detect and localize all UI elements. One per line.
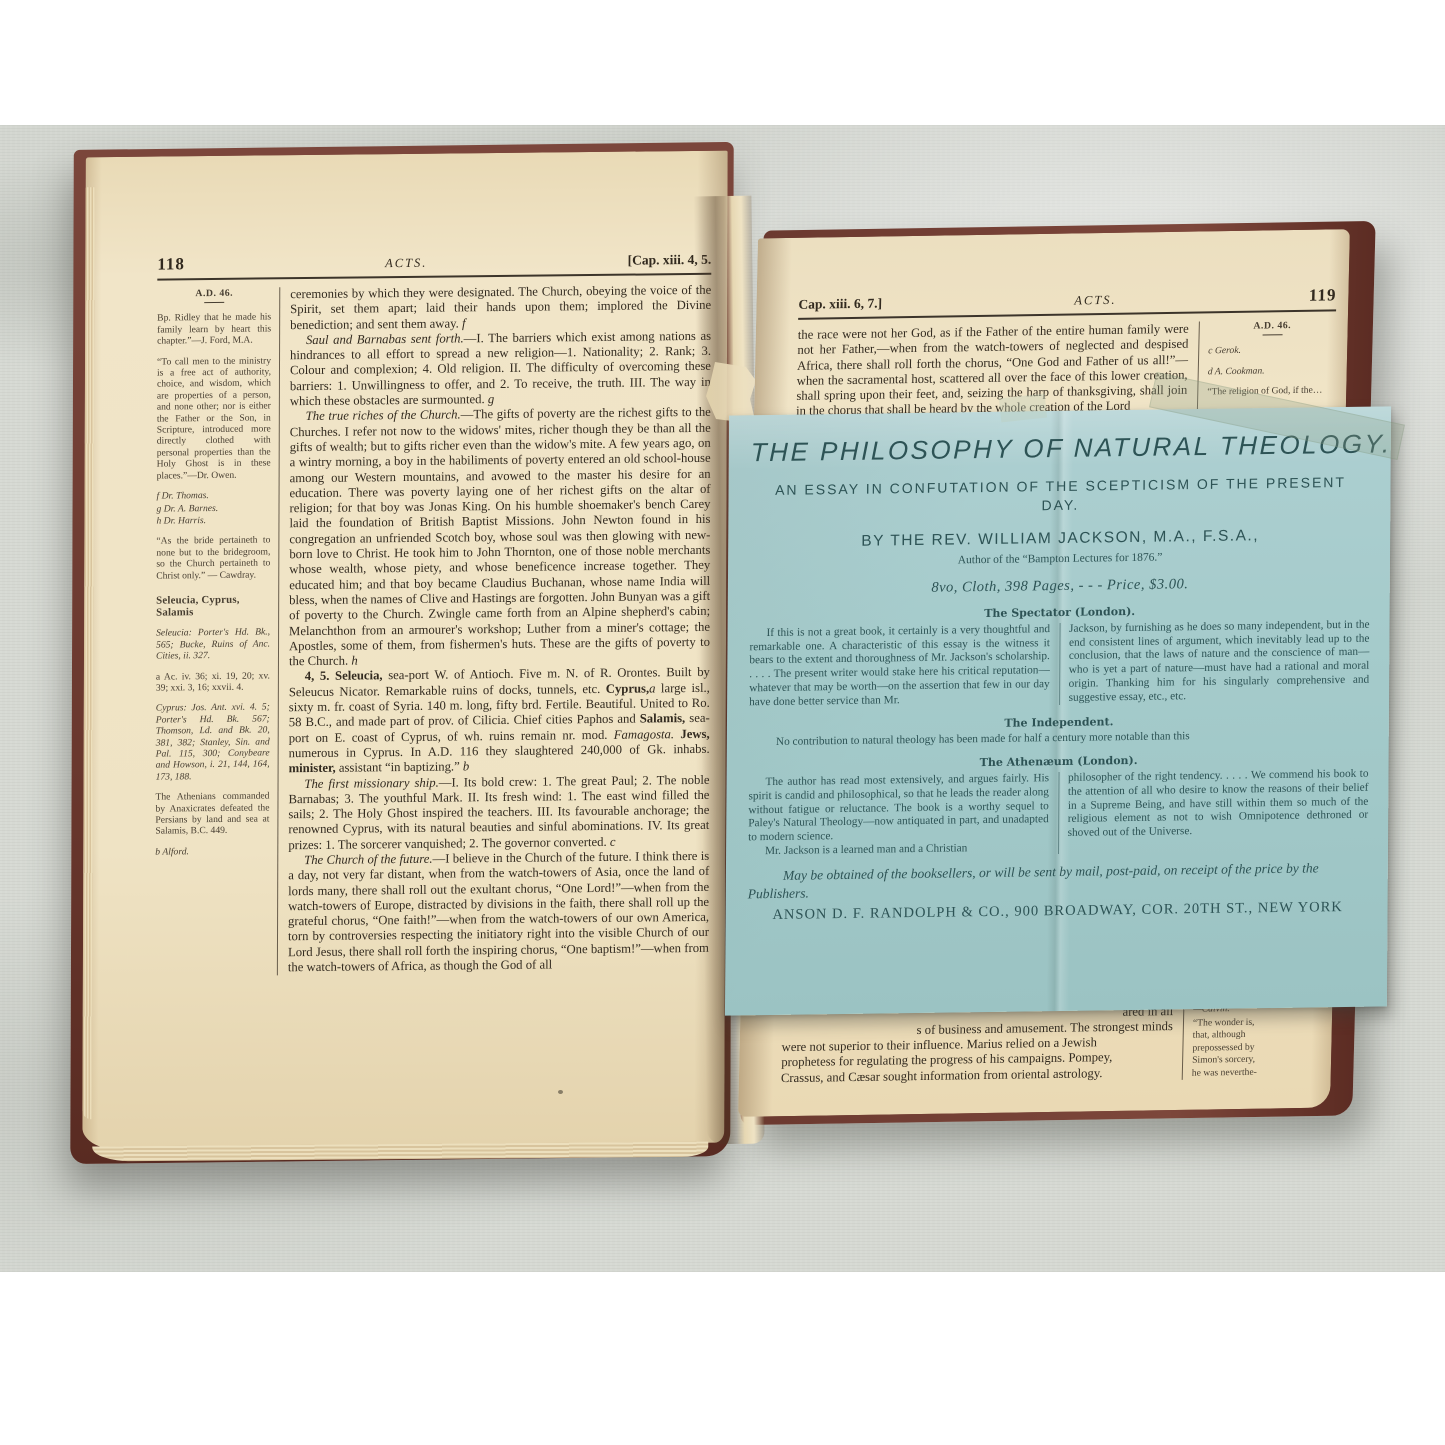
review-text: The author has read most extensively, an…: [748, 772, 1049, 858]
margin-note: “As the bride pertaineth to none but to …: [156, 535, 270, 582]
advertisement-card: THE PHILOSOPHY OF NATURAL THEOLOGY. AN E…: [725, 406, 1391, 1015]
body-paragraph: 4, 5. Seleucia, sea-port W. of Antioch. …: [289, 665, 710, 776]
margin-note: Bp. Ridley that he made his family learn…: [157, 312, 271, 347]
left-page: 118 ACTS. [Cap. xiii. 4, 5. A.D. 46. Bp.…: [82, 151, 727, 1150]
card-mail-order-line: May be obtained of the booksellers, or w…: [748, 859, 1368, 903]
margin-note: “To call men to the ministry is a free a…: [157, 355, 271, 482]
card-byline: BY THE REV. WILLIAM JACKSON, M.A., F.S.A…: [750, 526, 1370, 553]
body-paragraph: The true riches of the Church.—The gifts…: [289, 405, 711, 669]
margin-note: he was neverthe-: [1192, 1065, 1319, 1078]
book-photograph: 118 ACTS. [Cap. xiii. 4, 5. A.D. 46. Bp.…: [0, 0, 1445, 1445]
margin-date: A.D. 46.: [157, 287, 271, 300]
body-paragraph: ceremonies by which they were designated…: [290, 283, 711, 333]
margin-separator: [1262, 335, 1282, 336]
margin-note: Cyprus: Jos. Ant. xvi. 4. 5; Porter's Hd…: [156, 702, 270, 783]
review-columns: If this is not a great book, it certainl…: [749, 619, 1370, 710]
margin-note: f Dr. Thomas.: [157, 489, 271, 502]
review-text: Jackson, by furnishing as he does so man…: [1059, 619, 1370, 706]
page-number-right: 119: [1309, 285, 1337, 305]
card-publisher-line: ANSON D. F. RANDOLPH & CO., 900 BROADWAY…: [748, 899, 1368, 925]
review-text: If this is not a great book, it certainl…: [749, 623, 1050, 709]
body-paragraph: The Church of the future.—I believe in t…: [288, 849, 709, 976]
left-page-header: 118 ACTS. [Cap. xiii. 4, 5.: [157, 249, 711, 275]
card-format-price: 8vo, Cloth, 398 Pages, - - - Price, $3.0…: [750, 574, 1370, 600]
review-text: philosopher of the right tendency. . . .…: [1057, 768, 1368, 855]
tape-strip-small: [999, 394, 1047, 423]
body-paragraph: The first missionary ship.—I. Its bold c…: [288, 772, 709, 853]
page-number-left: 118: [157, 254, 185, 274]
margin-heading: Seleucia, Cyprus, Salamis: [156, 593, 270, 619]
right-margin-bottom: —Calvin. “The wonder is, that, although …: [1183, 1001, 1321, 1080]
margin-note: g Dr. A. Barnes.: [156, 502, 270, 515]
margin-note: h Dr. Harris.: [156, 514, 270, 527]
running-title-right: ACTS.: [882, 290, 1309, 312]
running-title-left: ACTS.: [185, 254, 628, 274]
review-paragraph: The author has read most extensively, an…: [748, 772, 1049, 845]
right-page-bottom-columns: ared in all s of business and amusement.…: [781, 1001, 1321, 1086]
left-body-column: ceremonies by which they were designated…: [278, 283, 711, 976]
margin-note: The Athenians commanded by Anaxicrates d…: [155, 791, 269, 838]
margin-note: Seleucia: Porter's Hd. Bk., 565; Bucke, …: [156, 627, 270, 662]
header-rule-left: [157, 273, 711, 281]
right-page-header: Cap. xiii. 6, 7.] ACTS. 119: [798, 285, 1336, 313]
margin-note: a Ac. iv. 36; xi. 19, 20; xv. 39; xxi. 3…: [156, 670, 270, 694]
chapter-ref-right: Cap. xiii. 6, 7.]: [798, 295, 882, 312]
right-body-bottom: ared in all s of business and amusement.…: [781, 1003, 1184, 1086]
review-columns: The author has read most extensively, an…: [748, 768, 1369, 859]
margin-date: A.D. 46.: [1209, 319, 1336, 332]
ink-speck: [558, 1090, 563, 1094]
body-paragraph: Saul and Barnabas sent forth.—I. The bar…: [290, 329, 711, 410]
margin-note: that, although: [1193, 1028, 1320, 1041]
margin-separator: [204, 302, 224, 303]
margin-note: c Gerok.: [1208, 344, 1335, 357]
margin-note: “The wonder is,: [1193, 1016, 1320, 1029]
margin-note: prepossessed by: [1192, 1040, 1319, 1053]
margin-note: Simon's sorcery,: [1192, 1053, 1319, 1066]
left-page-columns: A.D. 46. Bp. Ridley that he made his fam…: [155, 283, 711, 977]
margin-note: b Alford.: [155, 845, 269, 858]
body-paragraph: the race were not her God, as if the Fat…: [796, 322, 1189, 420]
card-author-note: Author of the “Bampton Lectures for 1876…: [750, 549, 1370, 570]
card-subtitle: AN ESSAY IN CONFUTATION OF THE SCEPTICIS…: [760, 473, 1360, 519]
margin-note: d A. Cookman.: [1208, 364, 1335, 377]
left-margin-column: A.D. 46. Bp. Ridley that he made his fam…: [155, 287, 279, 977]
